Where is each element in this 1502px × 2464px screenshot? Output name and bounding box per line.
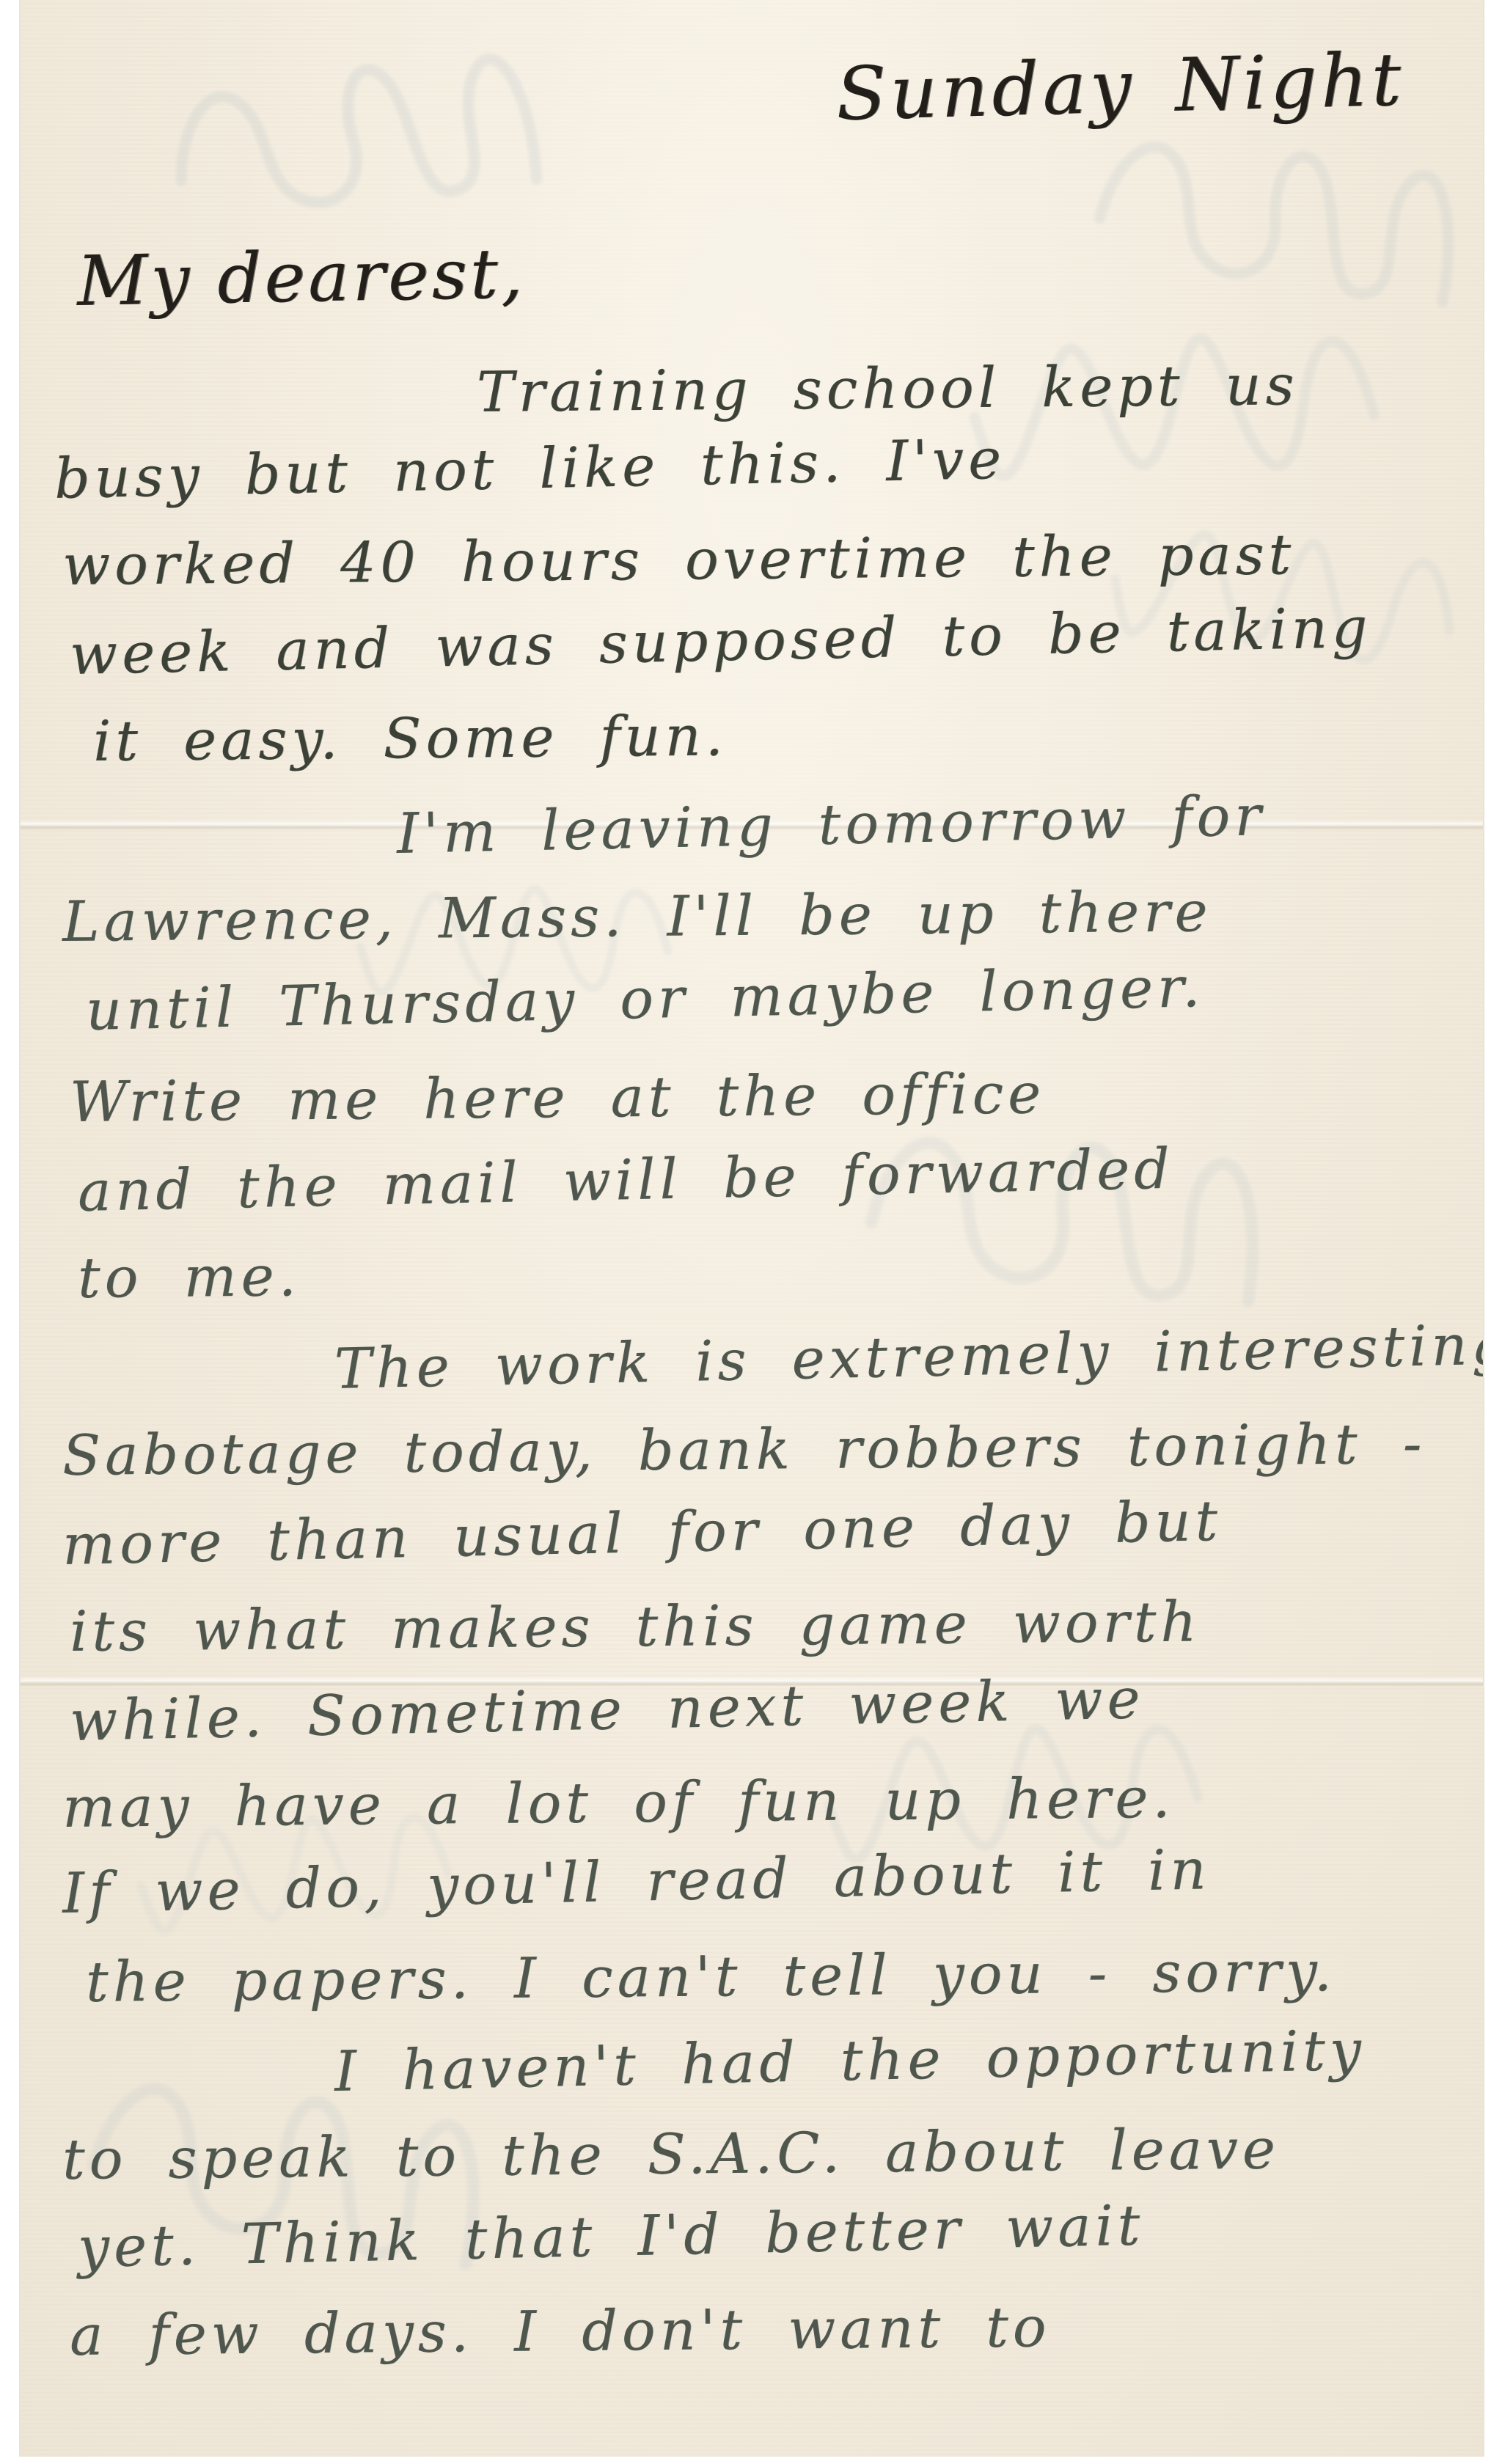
letter-line: Write me here at the office <box>70 1060 1046 1134</box>
bleedthrough-ink <box>727 1677 1297 1901</box>
scanned-letter: Sunday Night My dearest, Training school… <box>0 0 1502 2464</box>
scan-edge-left <box>0 0 21 2464</box>
scan-edge-right <box>1483 0 1502 2464</box>
letter-line: it easy. Some fun. <box>93 703 728 774</box>
scan-edge-bottom <box>0 2457 1502 2464</box>
letter-line: week and was supposed to be taking <box>69 595 1372 687</box>
bleedthrough-ink <box>764 1094 1363 1325</box>
letter-line: I'm leaving tomorrow for <box>396 782 1266 866</box>
letter-line: and the mail will be forwarded <box>77 1136 1174 1224</box>
letter-line: may have a lot of fun up here. <box>62 1765 1175 1840</box>
letter-line: to speak to the S.A.C. about leave <box>62 2116 1281 2192</box>
letter-line: more than usual for one day but <box>62 1488 1223 1577</box>
letter-line: Sabotage today, bank robbers tonight - <box>62 1411 1426 1488</box>
letter-line: busy but not like this. I've <box>54 426 1006 511</box>
date-line: Sunday Night <box>835 37 1405 137</box>
letter-line: until Thursday or maybe longer. <box>85 954 1205 1043</box>
letter-line: yet. Think that I'd better wait <box>77 2193 1145 2280</box>
letter-line: the papers. I can't tell you - sorry. <box>86 1938 1337 2014</box>
letter-line: its what makes this game worth <box>70 1589 1201 1664</box>
bleedthrough-ink <box>1075 84 1478 342</box>
letter-line: Lawrence, Mass. I'll be up there <box>62 879 1212 954</box>
letter-line: I haven't had the opportunity <box>334 2017 1366 2104</box>
letter-line: a few days. I don't want to <box>70 2294 1051 2368</box>
bleedthrough-ink <box>48 2041 523 2286</box>
letter-line: Training school kept us <box>477 352 1299 425</box>
bleedthrough-ink <box>1093 498 1473 691</box>
bleedthrough-ink <box>911 290 1436 516</box>
letter-line: If we do, you'll read about it in <box>62 1836 1211 1926</box>
letter-line: while. Sometime next week we <box>69 1665 1145 1753</box>
letter-line: The work is extremely interesting. <box>334 1311 1502 1401</box>
fold-crease <box>0 820 1502 830</box>
fold-crease <box>0 1676 1502 1687</box>
bleedthrough-ink <box>103 1778 483 1962</box>
letter-line: worked 40 hours overtime the past <box>62 521 1296 598</box>
salutation: My dearest, <box>76 234 526 322</box>
letter-page: Sunday Night My dearest, Training school… <box>0 0 1502 2464</box>
bleedthrough-ink <box>253 852 774 1025</box>
bleedthrough-ink <box>136 16 568 248</box>
letter-line: to me. <box>78 1243 301 1310</box>
